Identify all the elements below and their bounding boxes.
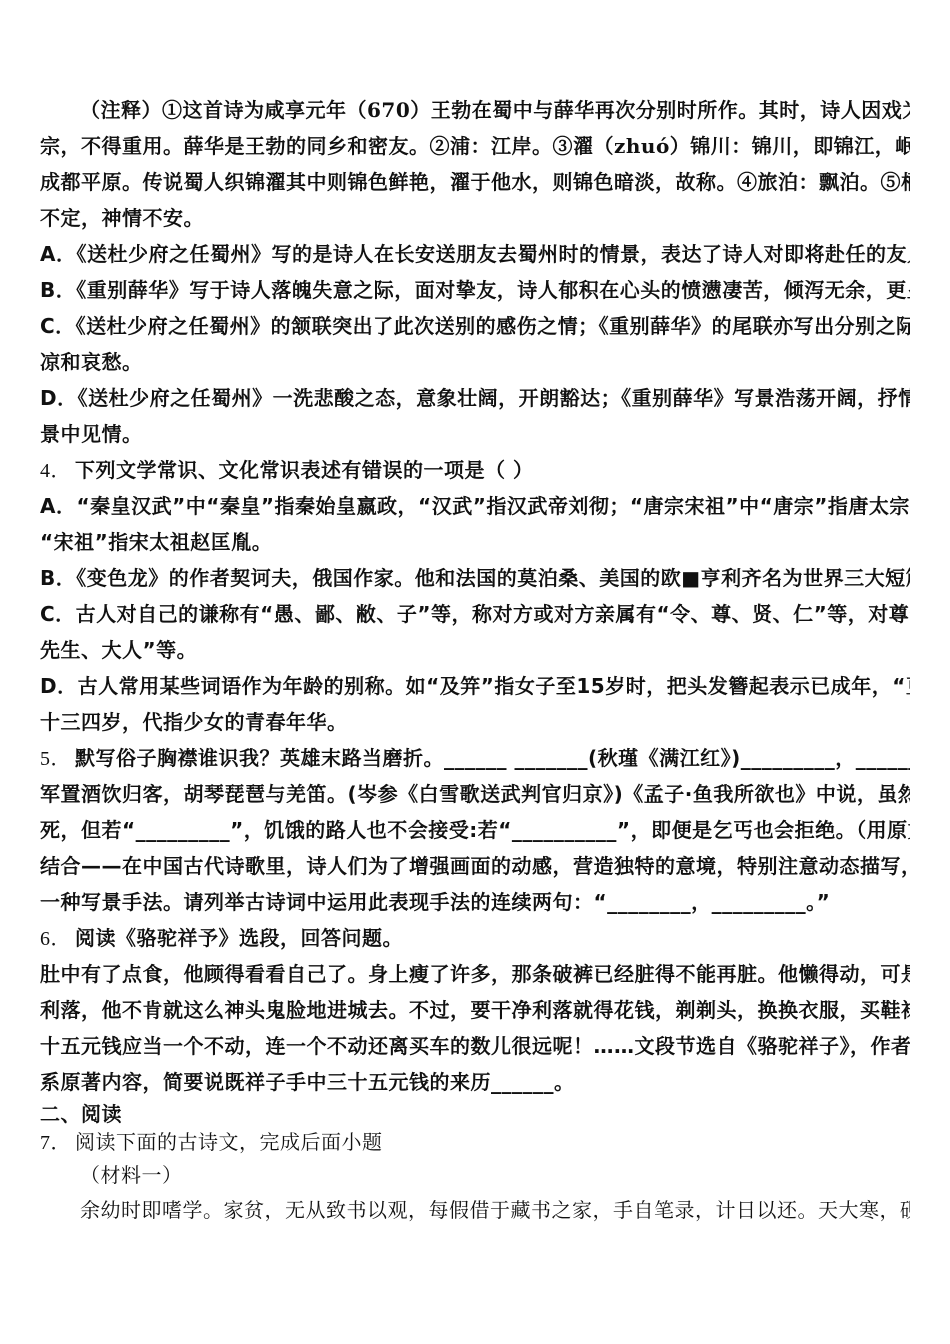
q5-number: 5．: [40, 748, 71, 770]
q7-stem-text: 阅读下面的古诗文，完成后面小题: [75, 1132, 383, 1154]
q5-line-1: 5．默写俗子胸襟谁识我？英雄末路当磨折。______ _______(秋瑾《满江…: [40, 740, 910, 776]
q4-option-d-line-2: 十三四岁，代指少女的青春年华。: [40, 704, 910, 740]
note-line-2: 宗，不得重用。薛华是王勃的同乡和密友。②浦：江岸。③濯（zhuó）锦川：锦川，即…: [40, 128, 910, 164]
q7-material-line-1: 余幼时即嗜学。家贫，无从致书以观，每假借于藏书之家，手自笔录，计日以还。天大寒，…: [40, 1192, 910, 1228]
section-2-title: 二、阅读: [40, 1100, 910, 1128]
note-line-1: （注释）①这首诗为咸享元年（670）王勃在蜀中与薛华再次分别时所作。其时，诗人因…: [40, 92, 910, 128]
q3-option-c-line-1: C．《送杜少府之任蜀州》的颔联突出了此次送别的感伤之情；《重别薛华》的尾联亦写出…: [40, 308, 910, 344]
q3-option-c-line-2: 凉和哀愁。: [40, 344, 910, 380]
q6-excerpt-line-1: 肚中有了点食，他顾得看看自己了。身上瘦了许多，那条破裤已经脏得不能再脏。他懒得动…: [40, 956, 910, 992]
q6-number: 6．: [40, 928, 71, 950]
q6-stem: 6．阅读《骆驼祥予》选段，回答问题。: [40, 920, 910, 956]
q4-option-b: B．《变色龙》的作者契诃夫，俄国作家。他和法国的莫泊桑、美国的欧■亨利齐名为世界…: [40, 560, 910, 596]
q5-line-4: 结合——在中国古代诗歌里，诗人们为了增强画面的动感，营造独特的意境，特别注意动态…: [40, 848, 910, 884]
q7-stem: 7．阅读下面的古诗文，完成后面小题: [40, 1128, 910, 1158]
q4-option-c-line-2: 先生、大人”等。: [40, 632, 910, 668]
q4-option-a-line-1: A．“秦皇汉武”中“秦皇”指秦始皇嬴政，“汉武”指汉武帝刘彻；“唐宗宋祖”中“唐…: [40, 488, 910, 524]
q7-number: 7．: [40, 1132, 71, 1154]
q4-option-c-line-1: C．古人对自己的谦称有“愚、鄙、敝、子”等，称对方或对方亲属有“令、尊、贤、仁”…: [40, 596, 910, 632]
q7-material-label: （材料一）: [40, 1158, 910, 1192]
q6-stem-text: 阅读《骆驼祥予》选段，回答问题。: [75, 926, 403, 950]
q4-number: 4．: [40, 460, 71, 482]
q6-excerpt-line-3: 十五元钱应当一个不动，连一个不动还离买车的数儿很远呢！……文段节选自《骆驼祥子》…: [40, 1028, 910, 1064]
q5-line-3: 死，但若“_________”，饥饿的路人也不会接受:若“__________”…: [40, 812, 910, 848]
q3-option-a: A．《送杜少府之任蜀州》写的是诗人在长安送朋友去蜀州时的情景，表达了诗人对即将赴…: [40, 236, 910, 272]
exam-paper-page: （注释）①这首诗为咸享元年（670）王勃在蜀中与薛华再次分别时所作。其时，诗人因…: [0, 0, 950, 1344]
q4-stem: 4．下列文学常识、文化常识表述有错误的一项是（ ）: [40, 452, 910, 488]
q4-stem-text: 下列文学常识、文化常识表述有错误的一项是（ ）: [75, 458, 533, 482]
q4-option-d-line-1: D．古人常用某些词语作为年龄的别称。如“及笄”指女子至15岁时，把头发簪起表示已…: [40, 668, 910, 704]
q3-option-d-line-1: D．《送杜少府之任蜀州》一洗悲酸之态，意象壮阔，开朗豁达；《重别薛华》写景浩荡开…: [40, 380, 910, 416]
q5-line-5: 一种写景手法。请列举古诗词中运用此表现手法的连续两句：“________，___…: [40, 884, 910, 920]
q6-question-tail: 系原著内容，简要说既祥子手中三十五元钱的来历______。: [40, 1064, 910, 1100]
q6-excerpt-line-2: 利落，他不肯就这么神头鬼脸地进城去。不过，要干净利落就得花钱，剃剃头，换换衣服，…: [40, 992, 910, 1028]
q5-line-2: 军置酒饮归客，胡琴琵琶与羌笛。(岑参《白雪歌送武判官归京》)《孟子·鱼我所欲也》…: [40, 776, 910, 812]
note-line-4: 不定，神情不安。: [40, 200, 910, 236]
note-line-3: 成都平原。传说蜀人织锦濯其中则锦色鲜艳，濯于他水，则锦色暗淡，故称。④旅泊：飘泊…: [40, 164, 910, 200]
q5-line-1-text: 默写俗子胸襟谁识我？英雄末路当磨折。______ _______(秋瑾《满江红》…: [75, 746, 910, 770]
q6-excerpt-line-3-kai: 十五元钱应当一个不动，连一个不动还离买车的数儿很远呢！: [40, 1034, 594, 1058]
q3-option-b: B．《重别薛华》写于诗人落魄失意之际，面对挚友，诗人郁积在心头的愤懑凄苦，倾泻无…: [40, 272, 910, 308]
q4-option-a-line-2: “宋祖”指宋太祖赵匡胤。: [40, 524, 910, 560]
q3-option-d-line-2: 景中见情。: [40, 416, 910, 452]
q6-excerpt-line-3-question: ……文段节选自《骆驼祥子》，作者的原名是____。请联: [594, 1034, 911, 1058]
